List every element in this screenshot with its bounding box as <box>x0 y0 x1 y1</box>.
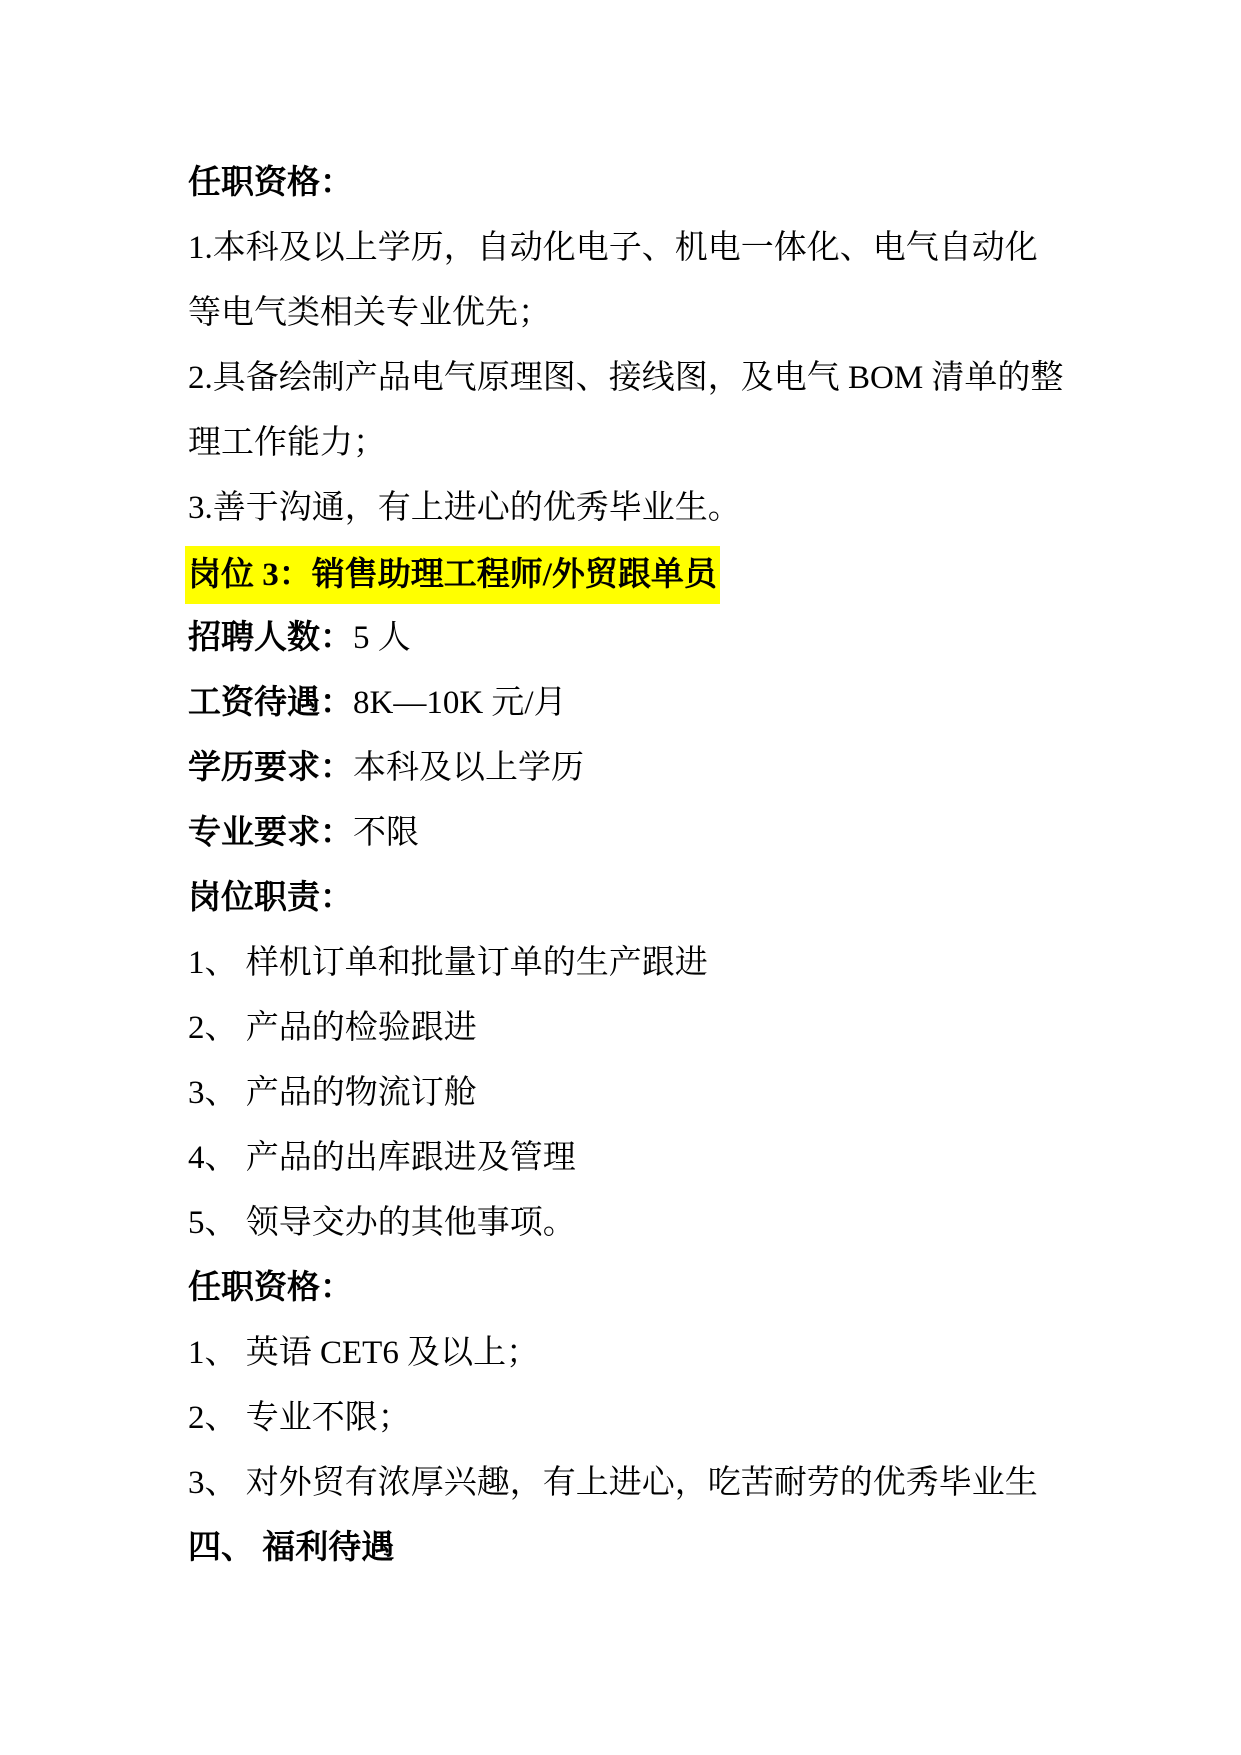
body-text: 4、 产品的出库跟进及管理 <box>188 1140 576 1176</box>
section-heading-qualifications-2: 任职资格： <box>188 1256 1068 1321</box>
body-text: 等电气类相关专业优先； <box>188 295 551 331</box>
responsibility-item-2: 2、 产品的检验跟进 <box>188 996 1068 1061</box>
field-label: 招聘人数： <box>188 620 353 656</box>
qualification-item-1-line-1: 1.本科及以上学历，自动化电子、机电一体化、电气自动化 <box>188 216 1068 281</box>
section-heading-benefits: 四、 福利待遇 <box>188 1516 1068 1581</box>
field-value: 8K—10K 元/月 <box>353 685 567 721</box>
qualification2-item-2: 2、 专业不限； <box>188 1386 1068 1451</box>
field-value: 不限 <box>353 815 419 851</box>
heading-text: 四、 福利待遇 <box>188 1530 394 1566</box>
field-value: 本科及以上学历 <box>353 750 584 786</box>
body-text: 3.善于沟通，有上进心的优秀毕业生。 <box>188 490 741 526</box>
field-salary: 工资待遇：8K—10K 元/月 <box>188 671 1068 736</box>
responsibility-item-3: 3、 产品的物流订舱 <box>188 1061 1068 1126</box>
qualification-item-3: 3.善于沟通，有上进心的优秀毕业生。 <box>188 476 1068 541</box>
heading-text: 任职资格： <box>188 1270 353 1306</box>
field-education: 学历要求：本科及以上学历 <box>188 736 1068 801</box>
section-heading-responsibilities: 岗位职责： <box>188 866 1068 931</box>
body-text: 2、 产品的检验跟进 <box>188 1010 477 1046</box>
body-text: 5、 领导交办的其他事项。 <box>188 1205 576 1241</box>
job-3-title-highlight: 岗位 3：销售助理工程师/外贸跟单员 <box>185 546 720 604</box>
field-major: 专业要求：不限 <box>188 801 1068 866</box>
body-text: 1.本科及以上学历，自动化电子、机电一体化、电气自动化 <box>188 230 1038 266</box>
heading-text: 岗位职责： <box>188 880 353 916</box>
responsibility-item-1: 1、 样机订单和批量订单的生产跟进 <box>188 931 1068 996</box>
responsibility-item-4: 4、 产品的出库跟进及管理 <box>188 1126 1068 1191</box>
field-label: 学历要求： <box>188 750 353 786</box>
field-label: 专业要求： <box>188 815 353 851</box>
heading-text: 任职资格： <box>188 165 353 201</box>
qualification-item-2-line-1: 2.具备绘制产品电气原理图、接线图，及电气 BOM 清单的整 <box>188 346 1068 411</box>
job-3-title-line: 岗位 3：销售助理工程师/外贸跟单员 <box>188 541 1068 606</box>
body-text: 2、 专业不限； <box>188 1400 411 1436</box>
body-text: 3、 产品的物流订舱 <box>188 1075 477 1111</box>
qualification-item-1-line-2: 等电气类相关专业优先； <box>188 281 1068 346</box>
field-label: 工资待遇： <box>188 685 353 721</box>
document-content: 任职资格： 1.本科及以上学历，自动化电子、机电一体化、电气自动化 等电气类相关… <box>188 151 1068 1581</box>
body-text: 理工作能力； <box>188 425 386 461</box>
qualification2-item-3: 3、 对外贸有浓厚兴趣，有上进心，吃苦耐劳的优秀毕业生 <box>188 1451 1068 1516</box>
body-text: 1、 英语 CET6 及以上； <box>188 1335 539 1371</box>
document-page: 任职资格： 1.本科及以上学历，自动化电子、机电一体化、电气自动化 等电气类相关… <box>0 0 1241 1755</box>
field-value: 5 人 <box>353 620 411 656</box>
section-heading-qualifications: 任职资格： <box>188 151 1068 216</box>
responsibility-item-5: 5、 领导交办的其他事项。 <box>188 1191 1068 1256</box>
qualification-item-2-line-2: 理工作能力； <box>188 411 1068 476</box>
body-text: 2.具备绘制产品电气原理图、接线图，及电气 BOM 清单的整 <box>188 360 1063 396</box>
body-text: 3、 对外贸有浓厚兴趣，有上进心，吃苦耐劳的优秀毕业生 <box>188 1465 1038 1501</box>
qualification2-item-1: 1、 英语 CET6 及以上； <box>188 1321 1068 1386</box>
body-text: 1、 样机订单和批量订单的生产跟进 <box>188 945 708 981</box>
field-recruit-count: 招聘人数：5 人 <box>188 606 1068 671</box>
